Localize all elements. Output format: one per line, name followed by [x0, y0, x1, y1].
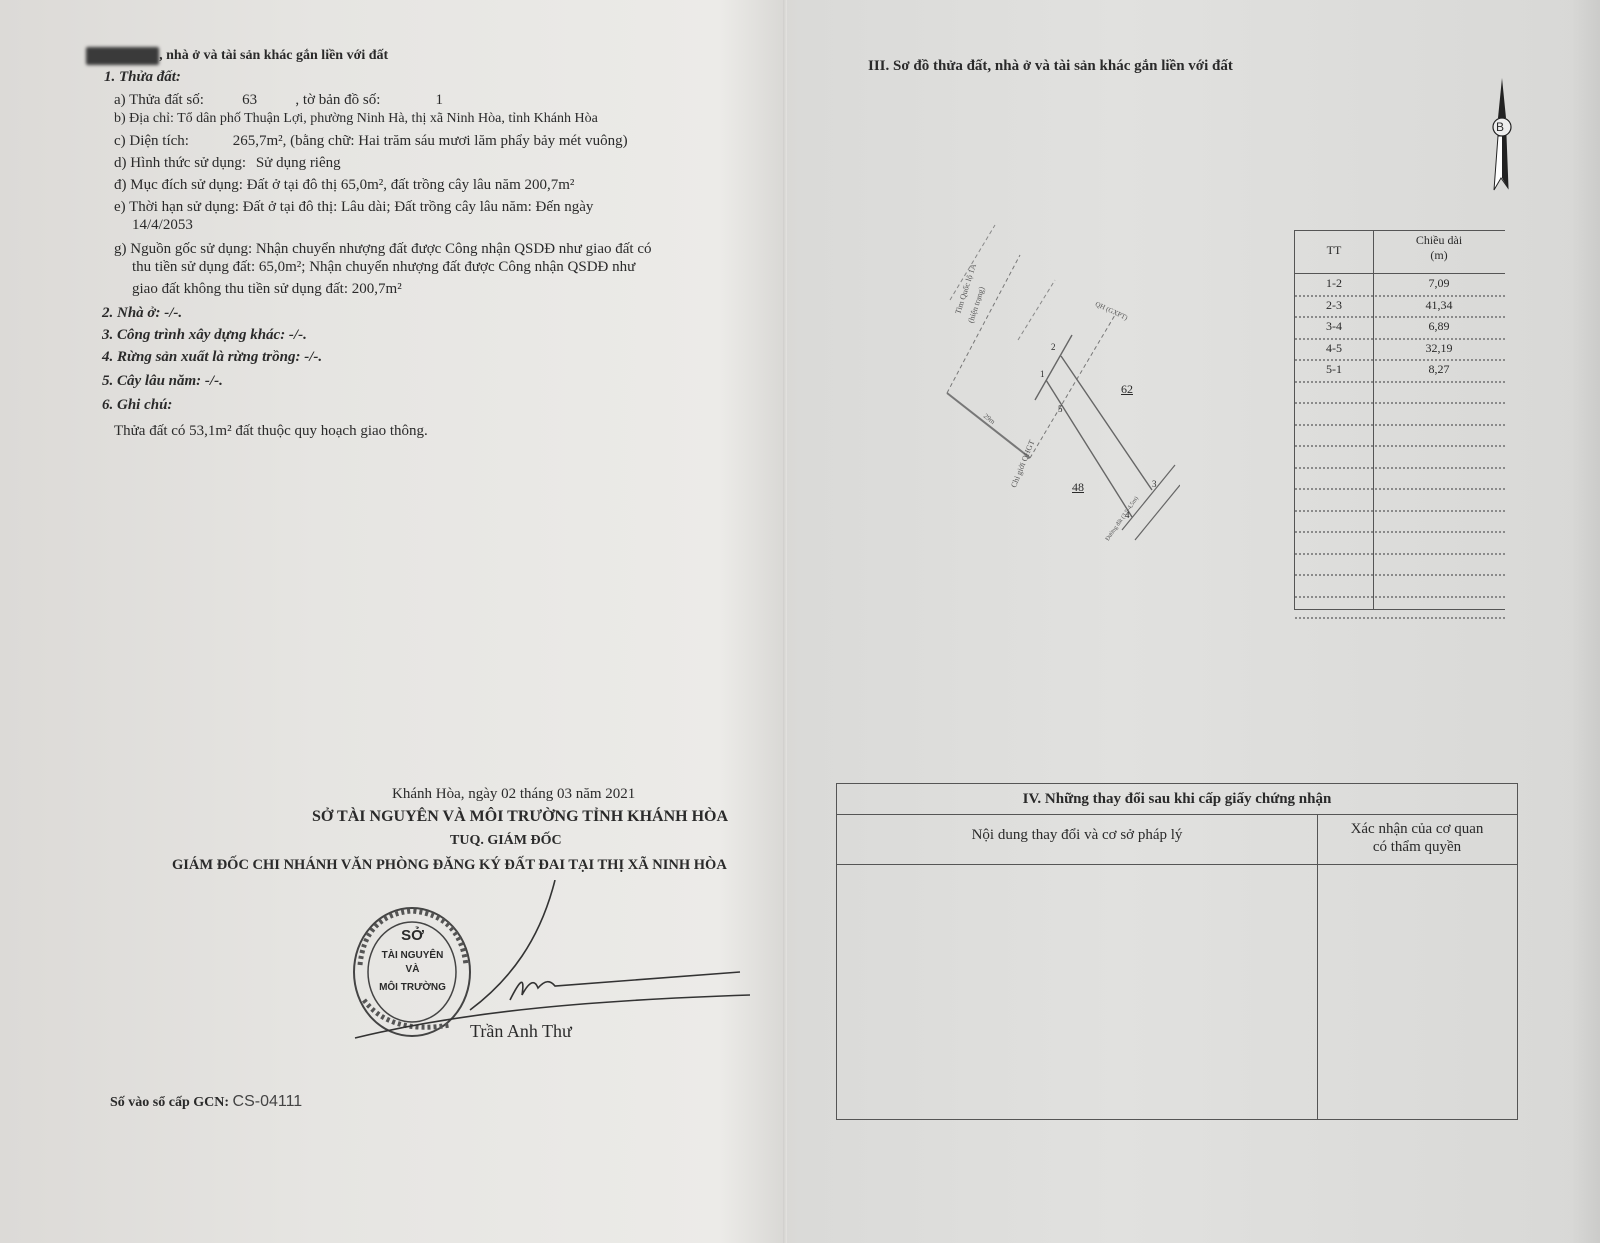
page-edge-shadow — [1570, 0, 1600, 1243]
header-length: Chiều dài (m) — [1373, 233, 1505, 263]
usage-purpose-line: đ) Mục đích sử dụng: Đất ở tại đô thị 65… — [114, 176, 574, 194]
row-divider — [1295, 402, 1505, 404]
area-line: c) Diện tích: 265,7m², (bằng chữ: Hai tr… — [114, 132, 628, 150]
row-divider — [1295, 424, 1505, 426]
gcn-number: CS-04111 — [233, 1093, 303, 1110]
row-divider — [1295, 381, 1505, 383]
row-divider — [1295, 316, 1505, 318]
item-4-forest: 4. Rừng sản xuất là rừng trồng: -/-. — [102, 348, 322, 366]
row-divider — [1295, 338, 1505, 340]
row-divider — [1295, 574, 1505, 576]
item-1-title: 1. Thửa đất: — [104, 68, 181, 86]
item-5-perennial: 5. Cây lâu năm: -/-. — [102, 372, 223, 390]
address-line: b) Địa chỉ: Tổ dân phố Thuận Lợi, phường… — [114, 110, 598, 128]
item-3-other-works: 3. Công trình xây dựng khác: -/-. — [102, 326, 307, 344]
point-1: 1 — [1040, 365, 1045, 383]
row-divider — [1295, 553, 1505, 555]
item-6-notes-title: 6. Ghi chú: — [102, 396, 172, 414]
changes-col-confirm-1: Xác nhận của cơ quan — [1317, 820, 1517, 838]
dim-row-length: 8,27 — [1373, 362, 1505, 377]
changes-confirm-cell[interactable] — [1318, 865, 1517, 1119]
dim-row-segment: 5-1 — [1295, 362, 1373, 377]
dim-row-segment: 4-5 — [1295, 341, 1373, 356]
dim-row-segment: 1-2 — [1295, 276, 1373, 291]
row-divider — [1295, 359, 1505, 361]
area-value: 265,7m², (bằng chữ: Hai trăm sáu mươi lă… — [233, 133, 628, 149]
changes-col-confirm-2: có thẩm quyền — [1317, 838, 1517, 856]
branch-director-title: GIÁM ĐỐC CHI NHÁNH VĂN PHÒNG ĐĂNG KÝ ĐẤT… — [172, 856, 727, 874]
dim-row-length: 32,19 — [1373, 341, 1505, 356]
header-tt: TT — [1295, 243, 1373, 258]
point-4: 4 — [1125, 506, 1130, 524]
origin-line-3: giao đất không thu tiền sử dụng đất: 200… — [132, 280, 402, 298]
tuq-title: TUQ. GIÁM ĐỐC — [450, 832, 562, 850]
changes-table: IV. Những thay đổi sau khi cấp giấy chứn… — [836, 783, 1518, 1120]
dim-row-segment: 2-3 — [1295, 298, 1373, 313]
point-3: 3 — [1152, 475, 1157, 493]
north-arrow: B — [1480, 78, 1520, 193]
page-fold — [783, 0, 787, 1243]
dim-row-length: 7,09 — [1373, 276, 1505, 291]
row-divider — [1295, 510, 1505, 512]
usage-term-date: 14/4/2053 — [132, 216, 193, 234]
origin-line-2: thu tiền sử dụng đất: 65,0m²; Nhận chuyể… — [132, 258, 635, 276]
usage-form-line: d) Hình thức sử dụng: Sử dụng riêng — [114, 154, 341, 172]
row-divider — [1295, 617, 1505, 619]
dimension-table: TT Chiều dài (m) 1-27,092-341,343-46,894… — [1294, 230, 1505, 610]
map-sheet-number: 1 — [384, 91, 494, 109]
dim-row-length: 6,89 — [1373, 319, 1505, 334]
gcn-register-line: Số vào sổ cấp GCN: CS-04111 — [110, 1093, 302, 1112]
row-divider — [1295, 488, 1505, 490]
row-divider — [1295, 467, 1505, 469]
point-2: 2 — [1051, 338, 1056, 356]
dim-row-length: 41,34 — [1373, 298, 1505, 313]
usage-term-line: e) Thời hạn sử dụng: Đất ở tại đô thị: L… — [114, 198, 593, 216]
parcel-diagram: Tim Quốc lộ 1A (hiện trạng) QH (GXPT) 29… — [900, 210, 1180, 550]
point-5: 5 — [1058, 400, 1063, 418]
changes-col-content: Nội dung thay đổi và cơ sở pháp lý — [837, 826, 1317, 844]
changes-title: IV. Những thay đổi sau khi cấp giấy chứn… — [837, 790, 1517, 808]
item-2-house: 2. Nhà ở: -/-. — [102, 304, 182, 322]
signing-date: Khánh Hòa, ngày 02 tháng 03 năm 2021 — [392, 785, 635, 803]
parcel-number: 63 — [208, 91, 292, 109]
neighbor-parcel-62: 62 — [1121, 380, 1133, 398]
section-3-title: III. Sơ đồ thửa đất, nhà ở và tài sản kh… — [868, 57, 1233, 75]
row-divider — [1295, 295, 1505, 297]
origin-line-1: g) Nguồn gốc sử dụng: Nhận chuyển nhượng… — [114, 240, 651, 258]
redacted-heading: II. Thửa đất — [86, 47, 159, 65]
row-divider — [1295, 596, 1505, 598]
row-divider — [1295, 531, 1505, 533]
signer-name: Trần Anh Thư — [470, 1022, 572, 1040]
issuing-agency: SỞ TÀI NGUYÊN VÀ MÔI TRƯỜNG TỈNH KHÁNH H… — [312, 808, 728, 826]
parcel-number-line: a) Thửa đất số: 63 , tờ bản đồ số: 1 — [114, 91, 494, 109]
dim-row-segment: 3-4 — [1295, 319, 1373, 334]
row-divider — [1295, 445, 1505, 447]
changes-content-cell[interactable] — [837, 865, 1317, 1119]
section-2-title: II. Thửa đất, nhà ở và tài sản khác gắn … — [86, 47, 388, 65]
neighbor-parcel-48: 48 — [1072, 478, 1084, 496]
item-6-note-text: Thửa đất có 53,1m² đất thuộc quy hoạch g… — [114, 422, 428, 440]
